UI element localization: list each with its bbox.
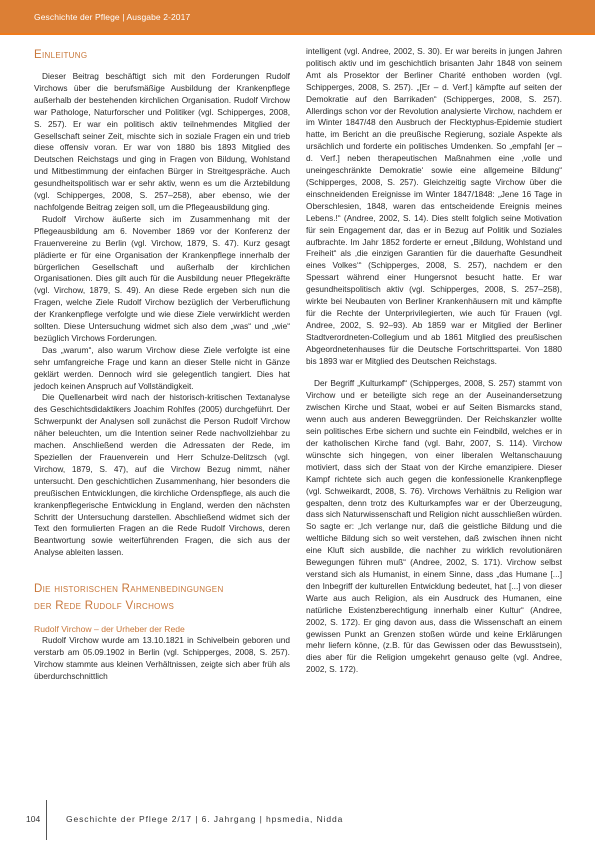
footer-divider: [46, 800, 47, 840]
running-header-title: Geschichte der Pflege | Ausgabe 2-2017: [34, 12, 190, 22]
section-title-historical-framework: Die historischen Rahmenbedingungen der R…: [34, 581, 290, 615]
page-number: 104: [26, 814, 40, 824]
section-title-line: der Rede Rudolf Virchows: [34, 598, 290, 615]
section-title-introduction: Einleitung: [34, 48, 290, 63]
section-title-line: Die historischen Rahmenbedingungen: [34, 581, 290, 598]
body-paragraph: Die Quellenarbeit wird nach der historis…: [34, 392, 290, 559]
body-paragraph: Der Begriff „Kulturkampf“ (Schipperges, …: [306, 378, 562, 676]
subheading: Rudolf Virchow – der Urheber der Rede: [34, 623, 290, 635]
body-paragraph: intelligent (vgl. Andree, 2002, S. 30). …: [306, 46, 562, 367]
left-column: Einleitung Dieser Beitrag beschäftigt si…: [34, 40, 290, 683]
page-footer: 104 Geschichte der Pflege 2/17 | 6. Jahr…: [0, 800, 595, 842]
right-column: intelligent (vgl. Andree, 2002, S. 30). …: [306, 46, 562, 676]
body-paragraph: Rudolf Virchow wurde am 13.10.1821 in Sc…: [34, 635, 290, 683]
body-paragraph: Das „warum“, also warum Virchow diese Zi…: [34, 345, 290, 393]
body-paragraph: Dieser Beitrag beschäftigt sich mit den …: [34, 71, 290, 214]
page-header-bar: Geschichte der Pflege | Ausgabe 2-2017: [0, 0, 595, 35]
body-paragraph: Rudolf Virchow äußerte sich im Zusammenh…: [34, 214, 290, 345]
footer-publication-info: Geschichte der Pflege 2/17 | 6. Jahrgang…: [66, 814, 343, 824]
